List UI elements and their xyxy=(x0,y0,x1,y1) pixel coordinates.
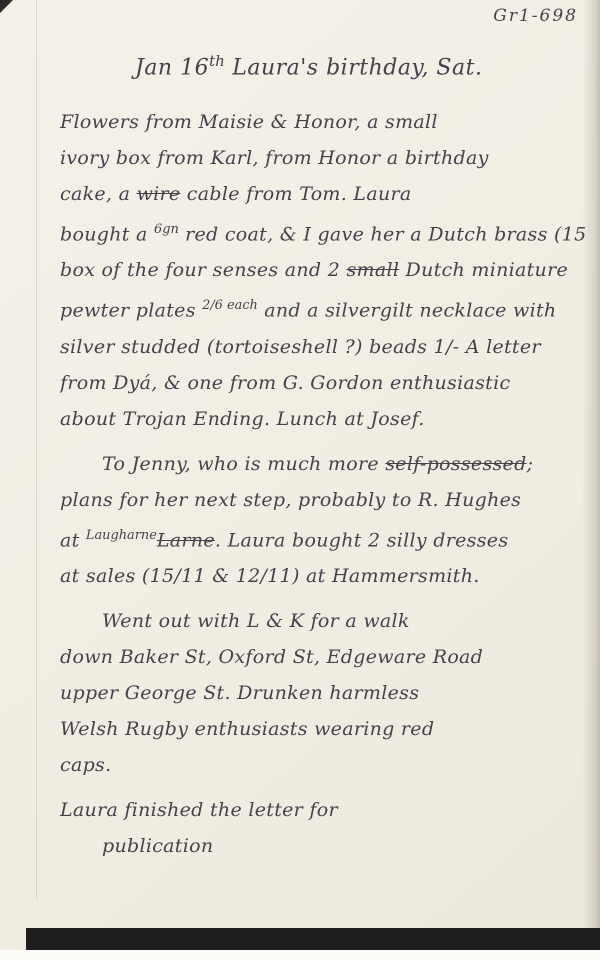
diary-line: at LaugharneLarne. Laura bought 2 silly … xyxy=(60,518,585,558)
scanned-diary-page: Gr1-698 Jan 16th Laura's birthday, Sat. … xyxy=(0,0,600,950)
text-segment: down Baker St, Oxford St, Edgeware Road xyxy=(60,646,483,668)
diary-line: To Jenny, who is much more self-possesse… xyxy=(60,446,585,482)
text-segment: plans for her next step, probably to R. … xyxy=(60,489,521,511)
text-segment: Jan 16 xyxy=(135,55,209,80)
text-segment: and a silvergilt necklace with xyxy=(258,300,557,322)
text-segment: Flowers from Maisie & Honor, a small xyxy=(60,111,438,133)
text-segment: ; xyxy=(527,453,534,475)
text-segment: upper George St. Drunken harmless xyxy=(60,682,419,704)
text-segment: pewter plates xyxy=(60,300,202,322)
bottom-scan-edge xyxy=(26,928,600,950)
diary-line: about Trojan Ending. Lunch at Josef. xyxy=(60,401,585,437)
scanned-diary-screenshot: Gr1-698 Jan 16th Laura's birthday, Sat. … xyxy=(0,0,600,960)
text-segment: from Dyá, & one from G. Gordon enthusias… xyxy=(60,372,510,394)
text-segment: To Jenny, who is much more xyxy=(102,453,385,475)
text-segment: Laura's birthday, Sat. xyxy=(225,55,483,80)
diary-line: bought a 6gn red coat, & I gave her a Du… xyxy=(60,212,585,252)
text-segment: Welsh Rugby enthusiasts wearing red xyxy=(60,718,434,740)
text-segment: 2/6 each xyxy=(202,298,258,313)
text-segment: box of the four senses and 2 xyxy=(60,259,346,281)
diary-line: upper George St. Drunken harmless xyxy=(60,675,585,711)
diary-line: down Baker St, Oxford St, Edgeware Road xyxy=(60,639,585,675)
diary-line: publication xyxy=(60,828,585,864)
diary-line: Flowers from Maisie & Honor, a small xyxy=(60,104,585,140)
diary-paragraph: Flowers from Maisie & Honor, a smallivor… xyxy=(60,104,585,437)
diary-line: cake, a wire cable from Tom. Laura xyxy=(60,176,585,212)
diary-line: Laura finished the letter for xyxy=(60,792,585,828)
text-segment: self-possessed xyxy=(385,453,526,475)
diary-line: box of the four senses and 2 small Dutch… xyxy=(60,252,585,288)
diary-paragraph: To Jenny, who is much more self-possesse… xyxy=(60,446,585,594)
text-segment: wire xyxy=(137,183,181,205)
text-segment: caps. xyxy=(60,754,111,776)
diary-line: silver studded (tortoiseshell ?) beads 1… xyxy=(60,329,585,365)
text-segment: at xyxy=(60,529,86,551)
diary-body: Flowers from Maisie & Honor, a smallivor… xyxy=(60,104,585,864)
text-segment: silver studded (tortoiseshell ?) beads 1… xyxy=(60,336,541,358)
diary-line: ivory box from Karl, from Honor a birthd… xyxy=(60,140,585,176)
text-segment: Laura finished the letter for xyxy=(60,799,338,821)
diary-line: from Dyá, & one from G. Gordon enthusias… xyxy=(60,365,585,401)
diary-line: plans for her next step, probably to R. … xyxy=(60,482,585,518)
text-segment: Went out with L & K for a walk xyxy=(102,610,410,632)
catalog-number: Gr1-698 xyxy=(493,6,578,26)
diary-paragraph: Laura finished the letter forpublication xyxy=(60,792,585,864)
scan-background-strip xyxy=(0,950,600,960)
text-segment: Dutch miniature xyxy=(399,259,568,281)
text-segment: small xyxy=(346,259,399,281)
diary-line: caps. xyxy=(60,747,585,783)
text-segment: 6gn xyxy=(154,222,179,237)
top-left-corner-mark xyxy=(0,0,13,13)
left-crease-line xyxy=(36,0,37,900)
text-segment: cake, a xyxy=(60,183,137,205)
text-segment: red coat, & I gave her a Dutch brass (15… xyxy=(179,223,585,245)
text-segment: th xyxy=(209,52,225,70)
diary-line: pewter plates 2/6 each and a silvergilt … xyxy=(60,288,585,328)
diary-line: Went out with L & K for a walk xyxy=(60,603,585,639)
diary-line: Welsh Rugby enthusiasts wearing red xyxy=(60,711,585,747)
text-segment: cable from Tom. Laura xyxy=(180,183,411,205)
text-segment: at sales (15/11 & 12/11) at Hammersmith. xyxy=(60,565,480,587)
text-segment: Laugharne xyxy=(86,528,157,543)
diary-heading: Jan 16th Laura's birthday, Sat. xyxy=(135,52,482,80)
text-segment: Larne xyxy=(157,529,215,551)
text-segment: about Trojan Ending. Lunch at Josef. xyxy=(60,408,425,430)
diary-paragraph: Went out with L & K for a walkdown Baker… xyxy=(60,603,585,783)
text-segment: ivory box from Karl, from Honor a birthd… xyxy=(60,147,489,169)
text-segment: bought a xyxy=(60,223,154,245)
right-edge-shadow xyxy=(582,0,600,950)
text-segment: publication xyxy=(102,835,213,857)
text-segment: . Laura bought 2 silly dresses xyxy=(215,529,509,551)
diary-line: at sales (15/11 & 12/11) at Hammersmith. xyxy=(60,558,585,594)
